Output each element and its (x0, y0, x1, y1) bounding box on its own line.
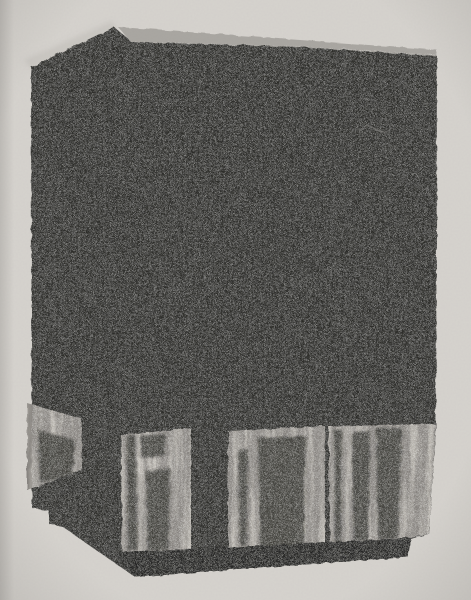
vignette (0, 0, 471, 600)
photograph (0, 0, 471, 600)
scanned-photo-page (0, 0, 471, 600)
